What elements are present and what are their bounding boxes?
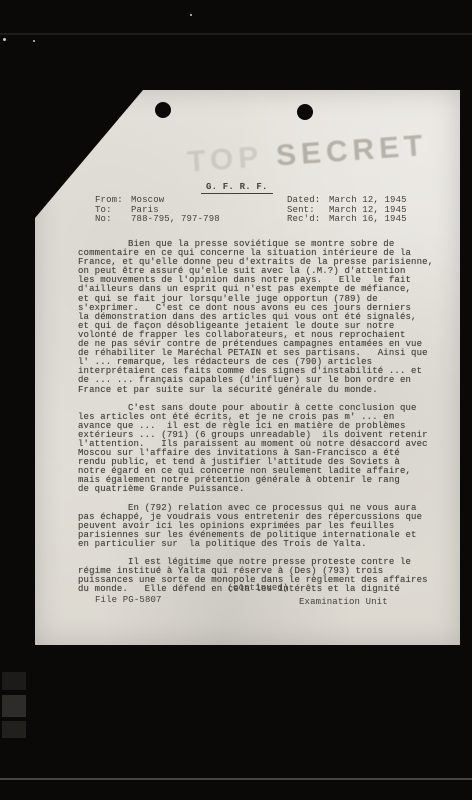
dust-speck <box>33 40 35 42</box>
film-frame-mark <box>2 672 26 690</box>
number-row: No: 788-795, 797-798 <box>95 215 220 225</box>
dust-speck <box>190 14 192 16</box>
routing-block: From: Moscow To: Paris No: 788-795, 797-… <box>95 196 220 225</box>
paragraph-1: Bien que la presse soviétique se montre … <box>78 240 443 395</box>
scanned-document-photo: TOP SECRET G. F. R. F. From: Moscow To: … <box>0 0 472 800</box>
message-body: Bien que la presse soviétique se montre … <box>78 240 443 603</box>
film-frame-line <box>0 778 472 780</box>
stamp-word-top: TOP <box>186 141 264 179</box>
paragraph-3: En (792) relation avec ce processus qui … <box>78 504 443 549</box>
film-streak <box>0 33 472 35</box>
film-frame-mark <box>2 695 26 717</box>
film-frame-mark <box>2 721 26 738</box>
top-secret-stamp: TOP SECRET <box>186 126 468 179</box>
no-value: 788-795, 797-798 <box>131 215 220 225</box>
stamp-word-secret: SECRET <box>275 129 429 173</box>
no-label: No: <box>95 215 131 225</box>
document-page: TOP SECRET G. F. R. F. From: Moscow To: … <box>35 90 460 645</box>
continued-note: (continued) <box>78 583 438 593</box>
recd-value: March 16, 1945 <box>329 215 407 225</box>
punch-hole <box>297 104 313 120</box>
recd-label: Rec'd: <box>287 215 329 225</box>
dates-block: Dated: March 12, 1945 Sent: March 12, 19… <box>287 196 407 225</box>
examination-unit-label: Examination Unit <box>299 597 388 607</box>
paragraph-2: C'est sans doute pour aboutir à cette co… <box>78 404 443 495</box>
punch-hole <box>155 102 171 118</box>
received-row: Rec'd: March 16, 1945 <box>287 215 407 225</box>
file-number: File PG-5807 <box>95 595 162 605</box>
dust-speck <box>3 38 6 41</box>
page-title: G. F. R. F. <box>201 182 273 194</box>
